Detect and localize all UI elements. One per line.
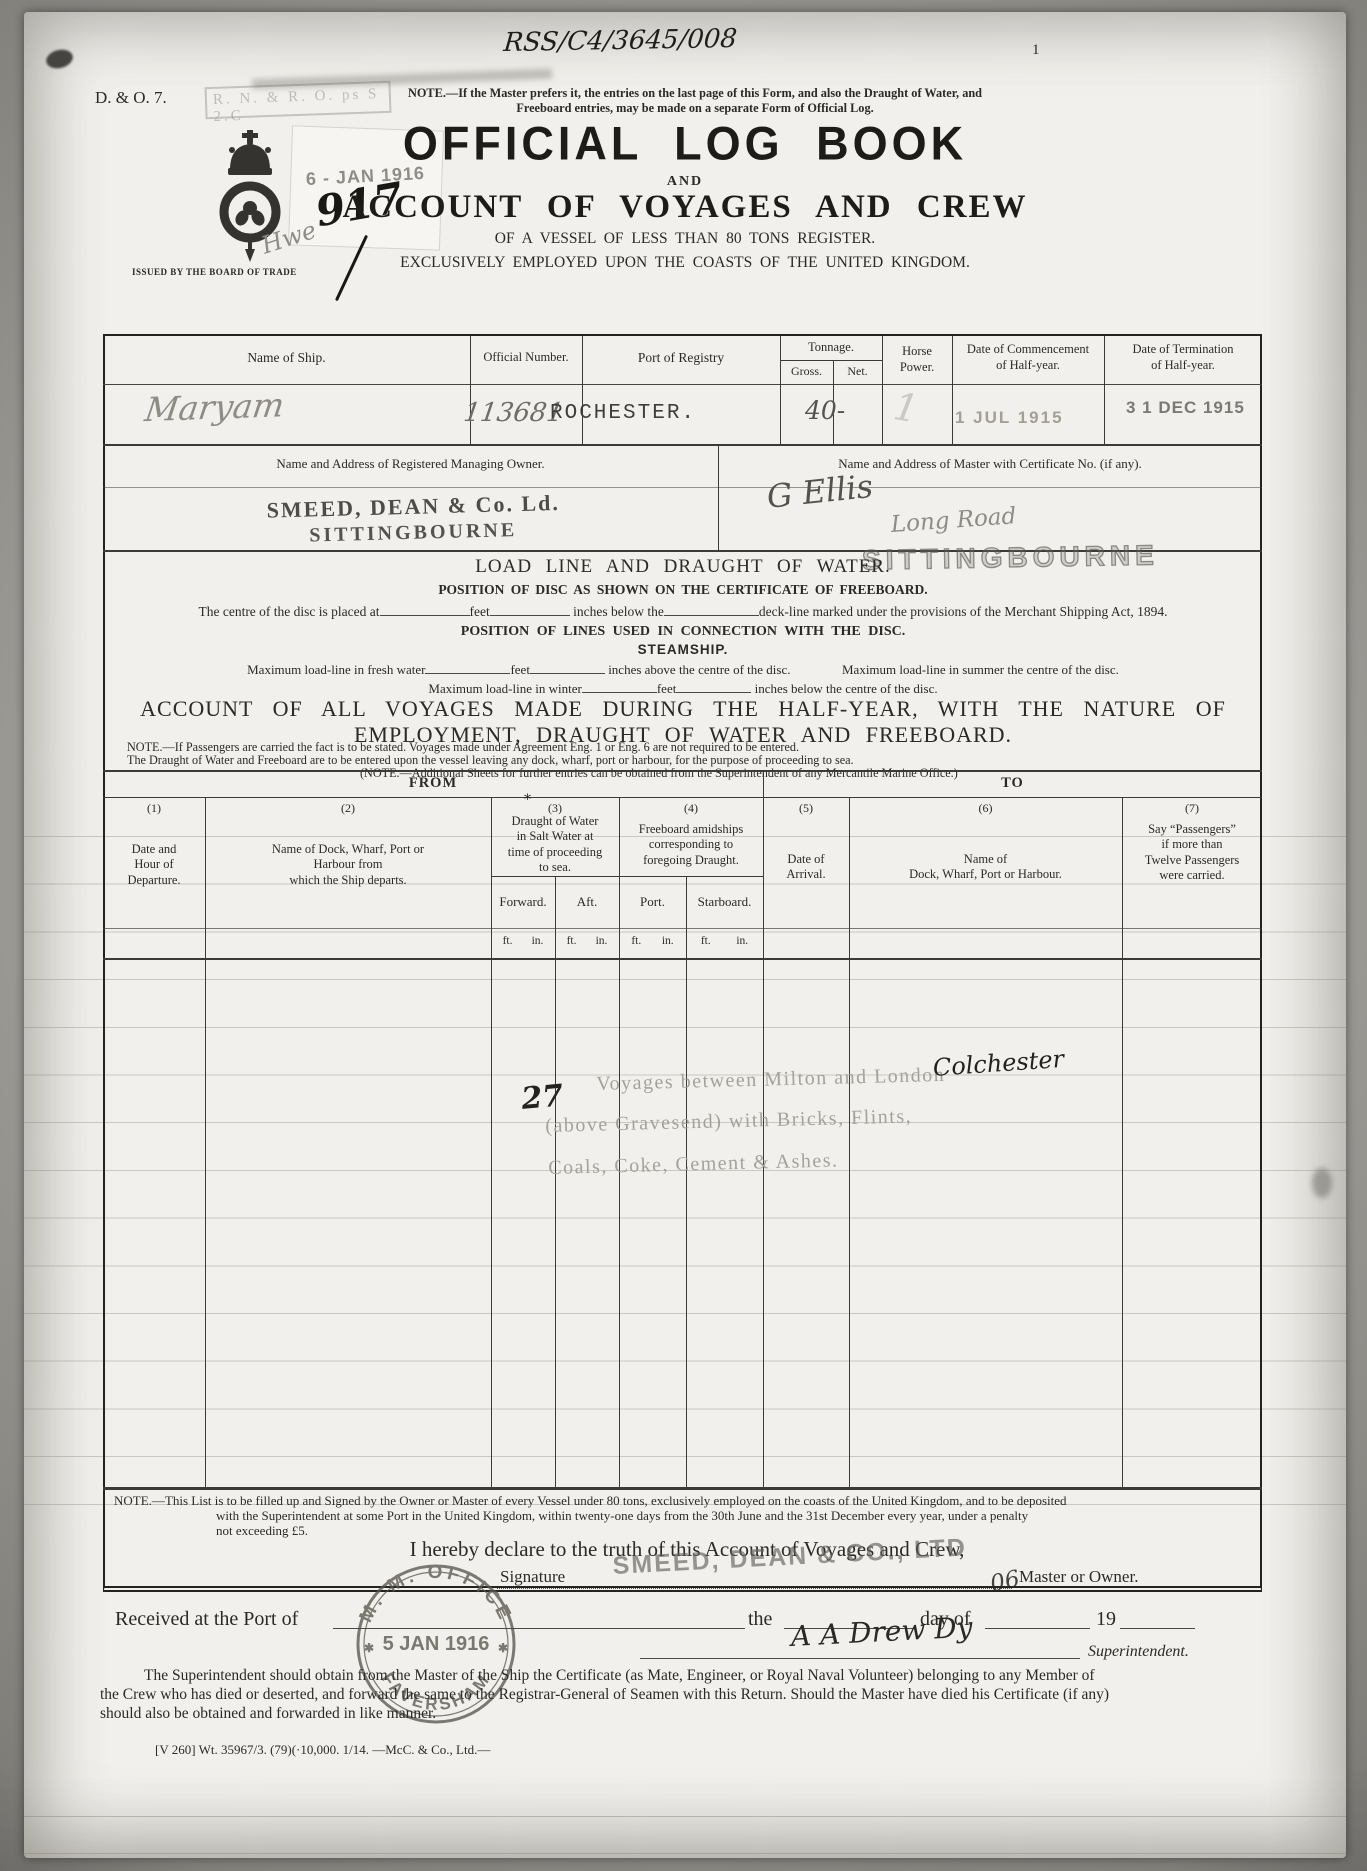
header-name-of-ship: Name of Ship. bbox=[103, 350, 470, 366]
voyage-table-top-line bbox=[103, 770, 1262, 772]
received-year: 19 bbox=[1096, 1608, 1116, 1631]
body-bottom-line bbox=[103, 1487, 1262, 1490]
value-termination-stamp: 3 1 DEC 1915 bbox=[1126, 398, 1245, 418]
top-note: NOTE.—If the Master prefers it, the entr… bbox=[360, 86, 1030, 116]
ink-tick-mark: * bbox=[524, 792, 531, 808]
from-to-underline bbox=[103, 797, 1262, 798]
fresh-text-1: Maximum load-line in fresh water bbox=[247, 662, 425, 677]
col-line-2a bbox=[555, 876, 556, 1487]
disc-text-3: inches below the bbox=[573, 604, 664, 619]
tonnage-divider bbox=[780, 360, 882, 361]
col-line-1 bbox=[205, 797, 206, 1487]
blank-feet bbox=[380, 602, 470, 616]
value-ship-name: Maryam bbox=[142, 385, 286, 429]
col-5-num: (5) bbox=[763, 801, 849, 816]
scanned-log-book-page: RSS/C4/3645/008 1 D. & O. 7. R. N. & R. … bbox=[0, 0, 1367, 1871]
top-note-line-1: NOTE.—If the Master prefers it, the entr… bbox=[360, 86, 1030, 101]
main-title: OFFICIAL LOG BOOK bbox=[185, 117, 1185, 172]
voyages-heading-1: ACCOUNT OF ALL VOYAGES MADE DURING THE H… bbox=[113, 696, 1253, 722]
star-icon: ✱ bbox=[498, 1641, 508, 1655]
unit-ft: ft. bbox=[701, 935, 711, 947]
unit-in: in. bbox=[532, 935, 544, 947]
header-master: Name and Address of Master with Certific… bbox=[718, 456, 1262, 472]
printer-imprint: [V 260] Wt. 35967/3. (79)(·10,000. 1/14.… bbox=[155, 1742, 490, 1758]
unit-in: in. bbox=[736, 935, 748, 947]
units-forward: ft.in. bbox=[493, 935, 553, 947]
subcol-port: Port. bbox=[619, 894, 686, 910]
received-prefix: Received at the Port of bbox=[115, 1608, 298, 1631]
value-commencement-stamp: 1 JUL 1915 bbox=[955, 408, 1064, 428]
disc-text-2: feet bbox=[470, 604, 490, 619]
header-gross: Gross. bbox=[780, 364, 833, 379]
col-2-num: (2) bbox=[205, 801, 491, 816]
subtitle: ACCOUNT OF VOYAGES AND CREW bbox=[185, 189, 1185, 226]
header-official-number: Official Number. bbox=[470, 350, 582, 365]
unit-ft: ft. bbox=[567, 935, 577, 947]
top-note-line-2: Freeboard entries, may be made on a sepa… bbox=[360, 101, 1030, 116]
superintendent-instructions: The Superintendent should obtain from th… bbox=[100, 1666, 1112, 1724]
col-6-label: Name of Dock, Wharf, Port or Harbour. bbox=[849, 852, 1122, 883]
units-aft: ft.in. bbox=[557, 935, 617, 947]
col-1-num: (1) bbox=[103, 801, 205, 816]
svg-text:M. M. OFFICE: M. M. OFFICE bbox=[356, 1562, 517, 1626]
year-blank-line bbox=[1120, 1628, 1195, 1629]
steamship-heading: STEAMSHIP. bbox=[108, 642, 1258, 657]
disc-position-heading: POSITION OF DISC AS SHOWN ON THE CERTIFI… bbox=[108, 582, 1258, 598]
fresh-water-sentence: Maximum load-line in fresh waterfeet inc… bbox=[108, 660, 1258, 678]
superintendent-signature-line bbox=[640, 1658, 1080, 1659]
fresh-text-2: feet bbox=[510, 662, 529, 677]
subcol-starboard: Starboard. bbox=[686, 894, 763, 910]
header-horse-power: Horse Power. bbox=[882, 344, 952, 375]
unit-in: in. bbox=[662, 935, 674, 947]
blank-winter-inches bbox=[676, 679, 751, 693]
units-top-line bbox=[103, 928, 1262, 929]
unit-in: in. bbox=[596, 935, 608, 947]
header-termination: Date of Termination of Half-year. bbox=[1104, 342, 1262, 373]
superintendent-label: Superintendent. bbox=[1088, 1643, 1189, 1661]
fresh-text-3: inches above the centre of the disc. bbox=[608, 662, 790, 677]
stamp-arc-top: M. M. OFFICE bbox=[356, 1562, 517, 1626]
from-label: FROM bbox=[103, 775, 763, 792]
col-line-6 bbox=[1122, 797, 1123, 1487]
signature-line bbox=[497, 1588, 1012, 1589]
blank-fresh-inches bbox=[530, 660, 605, 674]
ship-row-bottom-line bbox=[103, 444, 1262, 446]
summer-text: Maximum load-line in summer the centre o… bbox=[842, 662, 1119, 677]
units-starboard: ft.in. bbox=[688, 935, 761, 947]
col-1-label: Date and Hour of Departure. bbox=[103, 842, 205, 888]
owner-header-underline bbox=[103, 487, 1262, 488]
load-line-title: LOAD LINE AND DRAUGHT OF WATER. bbox=[108, 556, 1258, 578]
col-7-num: (7) bbox=[1122, 801, 1262, 816]
disc-position-sentence: The centre of the disc is placed atfeet … bbox=[108, 602, 1258, 620]
port-blank-line bbox=[333, 1628, 745, 1629]
header-commencement: Date of Commencement of Half-year. bbox=[952, 342, 1104, 373]
col-line-5 bbox=[849, 797, 850, 1487]
to-label: TO bbox=[763, 775, 1262, 792]
header-net: Net. bbox=[833, 364, 882, 379]
winter-sentence: Maximum load-line in winterfeet inches b… bbox=[108, 679, 1258, 697]
subheader-divider bbox=[491, 876, 763, 877]
unit-ft: ft. bbox=[631, 935, 641, 947]
page-number: 1 bbox=[1032, 42, 1040, 59]
subcol-aft: Aft. bbox=[555, 894, 619, 910]
master-or-owner-label: Master or Owner. bbox=[1019, 1567, 1138, 1587]
col-6-num: (6) bbox=[849, 801, 1122, 816]
units-port: ft.in. bbox=[621, 935, 684, 947]
disc-text-1: The centre of the disc is placed at bbox=[198, 604, 379, 619]
blank-winter-feet bbox=[582, 679, 657, 693]
form-code: D. & O. 7. bbox=[95, 88, 167, 108]
blank-deckline bbox=[664, 602, 759, 616]
declaration-note-1: NOTE.—This List is to be filled up and S… bbox=[114, 1493, 1067, 1509]
voyage-count-handwriting: 27 bbox=[520, 1078, 565, 1117]
month-blank-line bbox=[985, 1628, 1090, 1629]
disc-text-4: deck-line marked under the provisions of… bbox=[759, 604, 1168, 619]
title-coasts-line: EXCLUSIVELY EMPLOYED UPON THE COASTS OF … bbox=[185, 254, 1185, 272]
ink-smudge bbox=[1312, 1168, 1332, 1198]
header-tonnage: Tonnage. bbox=[780, 340, 882, 355]
header-bottom-line bbox=[103, 958, 1262, 960]
col-line-3a bbox=[686, 876, 687, 1487]
col-4-label: Freeboard amidships corresponding to for… bbox=[619, 822, 763, 868]
stamp-date: 5 JAN 1916 bbox=[383, 1633, 490, 1655]
star-icon: ✱ bbox=[364, 1641, 374, 1655]
received-the: the bbox=[748, 1608, 772, 1631]
archival-reference-handwriting: RSS/C4/3645/008 bbox=[502, 24, 738, 58]
subcol-forward: Forward. bbox=[491, 894, 555, 910]
col-2-label: Name of Dock, Wharf, Port or Harbour fro… bbox=[205, 842, 491, 888]
declaration-note-2: with the Superintendent at some Port in … bbox=[216, 1508, 1028, 1524]
title-vessel-line: OF A VESSEL OF LESS THAN 80 TONS REGISTE… bbox=[185, 230, 1185, 248]
winter-text-2: feet bbox=[657, 681, 676, 696]
col-3-label: Draught of Water in Salt Water at time o… bbox=[491, 814, 619, 875]
col-4-num: (4) bbox=[619, 801, 763, 816]
col-5-label: Date of Arrival. bbox=[763, 852, 849, 883]
ruled-line-bottom-1 bbox=[24, 1816, 1346, 1817]
value-port-of-registry-stamp: ROCHESTER. bbox=[550, 402, 696, 425]
ruled-line-bottom-2 bbox=[24, 1853, 1346, 1854]
header-managing-owner: Name and Address of Registered Managing … bbox=[103, 456, 718, 472]
col-7-label: Say “Passengers” if more than Twelve Pas… bbox=[1122, 822, 1262, 883]
unit-ft: ft. bbox=[503, 935, 513, 947]
title-and: AND bbox=[185, 174, 1185, 190]
winter-text-3: inches below the centre of the disc. bbox=[755, 681, 938, 696]
blank-inches bbox=[490, 602, 570, 616]
lines-position-heading: POSITION OF LINES USED IN CONNECTION WIT… bbox=[108, 624, 1258, 640]
blank-fresh-feet bbox=[425, 660, 510, 674]
value-net-tonnage: 40- bbox=[805, 396, 845, 425]
header-port-of-registry: Port of Registry bbox=[582, 350, 780, 366]
winter-text-1: Maximum load-line in winter bbox=[428, 681, 581, 696]
